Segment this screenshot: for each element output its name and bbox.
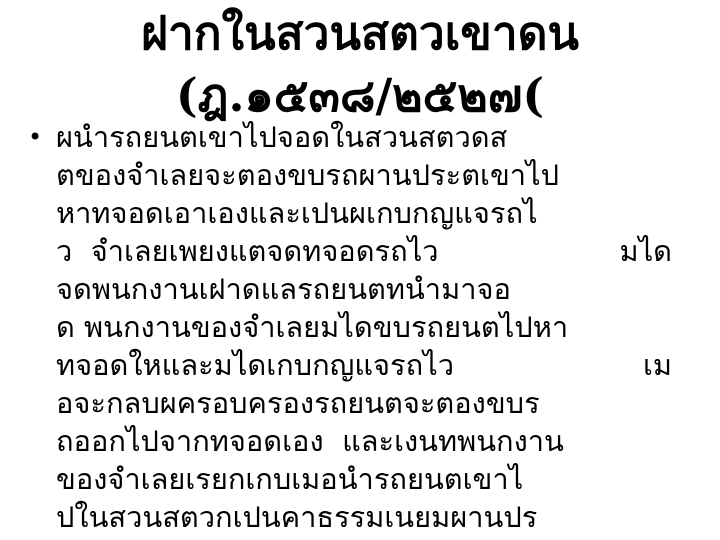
bullet-icon: • [28,118,56,156]
title-line-1: ฝากในสวนสตวเขาดน [0,2,720,64]
body-text-line: ว จำเลยเพยงแตจดทจอดรถไวมได [56,232,700,270]
body-text-line: ถออกไปจากทจอดเอง และเงนทพนกงาน [56,422,700,460]
body-text-lines: ผนำรถยนตเขาไปจอดในสวนสตวดสตของจำเลยจะตอง… [56,118,700,536]
body-text-line: หาทจอดเอาเองและเปนผเกบกญแจรถไ [56,194,700,232]
body-text-line: อจะกลบผครอบครองรถยนตจะตองขบร [56,384,700,422]
title-line-2-case-number: (ฎ.๑๕๓๘/๒๕๒๗( [0,64,720,126]
body-text-line: ผนำรถยนตเขาไปจอดในสวนสตวดส [56,118,700,156]
body-text-line: ทจอดใหและมไดเกบกญแจรถไวเม [56,346,700,384]
slide-title: ฝากในสวนสตวเขาดน (ฎ.๑๕๓๘/๒๕๒๗( [0,2,720,126]
slide: ฝากในสวนสตวเขาดน (ฎ.๑๕๓๘/๒๕๒๗( • ผนำรถยน… [0,0,720,540]
bullet-item: • ผนำรถยนตเขาไปจอดในสวนสตวดสตของจำเลยจะต… [28,118,700,536]
body-paragraph: • ผนำรถยนตเขาไปจอดในสวนสตวดสตของจำเลยจะต… [28,118,700,536]
body-text-line: ปในสวนสตวกเปนคาธรรมเนยมผานปร [56,498,700,536]
body-text-line: ด พนกงานของจำเลยมไดขบรถยนตไปหา [56,308,700,346]
body-text-line: จดพนกงานเฝาดแลรถยนตทนำมาจอ [56,270,700,308]
body-text-line: ของจำเลยเรยกเกบเมอนำรถยนตเขาไ [56,460,700,498]
body-text-line: ตของจำเลยจะตองขบรถผานประตเขาไป [56,156,700,194]
